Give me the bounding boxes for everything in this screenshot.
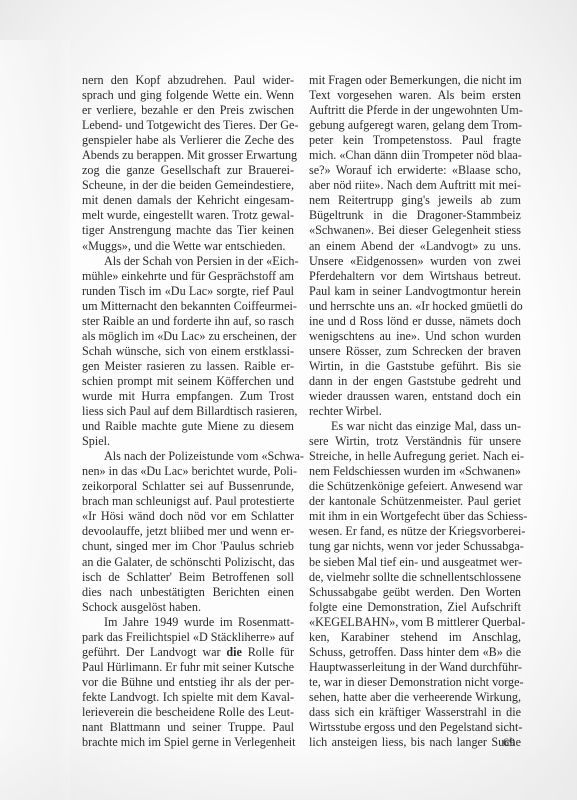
text-line: Wirtin, in die Gaststube geführt. Bis si…: [309, 359, 521, 374]
text-line: Im Jahre 1949 wurde im Rosenmatt-: [82, 615, 294, 630]
text-line: liess sich Paul auf dem Billardtisch ras…: [82, 404, 294, 419]
text-line: aber nöd riite». Nach dem Auftritt mit m…: [309, 178, 521, 193]
text-line: dann in der engen Gaststube gedreht und: [309, 374, 521, 389]
text-line: zeikorporal Schlatter sei auf Bussenrund…: [82, 479, 294, 494]
text-line: geführt. Der Landvogt war die Rolle für: [82, 645, 294, 660]
emphasis: die: [226, 645, 242, 659]
paragraph: Als der Schah von Persien in der «Eich-m…: [82, 254, 294, 450]
text-line: chunt, singed mer im Chor 'Paulus schrie…: [82, 539, 294, 554]
text-line: ine und d Ross lönd er dusse, nämets doc…: [309, 314, 521, 329]
text-line: schien prompt mit seinem Köfferchen und: [82, 374, 294, 389]
text-line: tung gar nichts, wenn vor jeder Schussab…: [309, 539, 521, 554]
text-line: ken, Karabiner stehend im Anschlag,: [309, 630, 521, 645]
text-line: Schock ausgelöst haben.: [82, 600, 294, 615]
text-line: nant Blattmann und seiner Truppe. Paul: [82, 720, 294, 735]
text-line: Schussabgabe geübt werden. Den Worten: [309, 585, 521, 600]
text-line: se?» Worauf ich erwiderte: «Blaase scho,: [309, 163, 521, 178]
text-line: er verliere, bezahle er den Preis zwisch…: [82, 103, 294, 118]
paragraph: Als nach der Polizeistunde vom «Schwa-ne…: [82, 449, 294, 615]
text-line: Lebend- und Totgewicht des Tieres. Der G…: [82, 118, 294, 133]
text-line: sere Wirtin, trotz Verständnis für unser…: [309, 434, 521, 449]
right-text-column: mit Fragen oder Bemerkungen, die nicht i…: [309, 73, 521, 750]
text-line: gen Meister rasieren zu lassen. Raible e…: [82, 359, 294, 374]
text-line: rechter Wirbel.: [309, 404, 521, 419]
text-line: dies nach unbestätigten Berichten einen: [82, 585, 294, 600]
text-line: an einem Abend der «Landvogt» zu uns.: [309, 239, 521, 254]
text-line: isch de Schlatter' Beim Betroffenen soll: [82, 570, 294, 585]
text-line: Schah wünsche, sich von einem erstklassi…: [82, 344, 294, 359]
text-line: die Schützenkönige gefeiert. Anwesend wa…: [309, 479, 521, 494]
text-line: Streiche, in helle Aufregung geriet. Nac…: [309, 449, 521, 464]
text-line: vor die Bühne und entstieg ihr als der p…: [82, 675, 294, 690]
text-line: gebung aufgeregt waren, gelang dem Trom-: [309, 118, 521, 133]
text-line: Bügeltrunk in die Dragoner-Stammbeiz: [309, 208, 521, 223]
text-line: te, war in dieser Demonstration nicht vo…: [309, 675, 521, 690]
text-line: brach man schleunigst auf. Paul protesti…: [82, 494, 294, 509]
text-line: nem Feldschiessen wurden im «Schwanen»: [309, 464, 521, 479]
text-line: und Raible machte gute Miene zu diesem: [82, 419, 294, 434]
text-line: lich ansteigen liess, bis nach langer Su…: [309, 735, 521, 750]
paragraph: Es war nicht das einzige Mal, dass un-se…: [309, 419, 521, 750]
text-line: «KEGELBAHN», vom B mittlerer Querbal-: [309, 615, 521, 630]
paragraph: Im Jahre 1949 wurde im Rosenmatt-park da…: [82, 615, 294, 750]
text-line: zog die ganze Gesellschaft zur Brauerei-: [82, 163, 294, 178]
text-line: Es war nicht das einzige Mal, dass un-: [309, 419, 521, 434]
text-line: de, vielmehr sollte die schnellentschlos…: [309, 570, 521, 585]
text-line: um Mitternacht den bekannten Coiffeurmei…: [82, 299, 294, 314]
text-line: mit Fragen oder Bemerkungen, die nicht i…: [309, 73, 521, 88]
text-line: lerieverein die bescheidene Rolle des Le…: [82, 705, 294, 720]
page-number: 69: [503, 735, 515, 750]
text-line: mit ihm in ein Wortgefecht über das Schi…: [309, 509, 521, 524]
text-line: park das Freilichtspiel «D Stäckliherre»…: [82, 630, 294, 645]
text-line: Paul Hürlimann. Er fuhr mit seiner Kutsc…: [82, 660, 294, 675]
text-line: wesen. Er fand, es nütze der Kriegsvorbe…: [309, 524, 521, 539]
text-line: mühle» einkehrte und für Gesprächstoff a…: [82, 269, 294, 284]
paragraph: mit Fragen oder Bemerkungen, die nicht i…: [309, 73, 521, 419]
text-line: Schuss, getroffen. Dass hinter dem «B» d…: [309, 645, 521, 660]
text-line: Abends zu berappen. Mit grosser Erwartun…: [82, 148, 294, 163]
text-line: «Schwanen». Bei dieser Gelegenheit sties…: [309, 223, 521, 238]
page-shadow-left: [0, 40, 70, 800]
paragraph: nern den Kopf abzudrehen. Paul wider-spr…: [82, 73, 294, 254]
text-line: Als nach der Polizeistunde vom «Schwa-: [82, 449, 294, 464]
text-line: fekte Landvogt. Ich spielte mit dem Kava…: [82, 690, 294, 705]
text-line: unsere Rösser, zum Schrecken der braven: [309, 344, 521, 359]
text-line: runden Tisch im «Du Lac» sorgte, rief Pa…: [82, 284, 294, 299]
text-line: wenigschtens au ine». Und schon wurden: [309, 329, 521, 344]
text-line: Paul kam in seiner Landvogtmontur herein: [309, 284, 521, 299]
text-line: genspieler habe als Verlierer die Zeche …: [82, 133, 294, 148]
text-line: wieder draussen waren, entstand doch ein: [309, 389, 521, 404]
text-line: nen» in das «Du Lac» berichtet wurde, Po…: [82, 464, 294, 479]
text-line: be sieben Mal tief ein- und ausgeatmet w…: [309, 555, 521, 570]
text-line: sehen, hatte aber die verheerende Wirkun…: [309, 690, 521, 705]
text-line: nern den Kopf abzudrehen. Paul wider-: [82, 73, 294, 88]
text-line: peter kein Trompetenstoss. Paul fragte: [309, 133, 521, 148]
text-line: als möglich im «Du Lac» zu erscheinen, d…: [82, 329, 294, 344]
text-line: Hauptwasserleitung in der Wand durchführ…: [309, 660, 521, 675]
text-line: dass sich ein kräftiger Wasserstrahl in …: [309, 705, 521, 720]
text-line: «Ir Hösi wänd doch nöd vor em Schlatter: [82, 509, 294, 524]
text-line: Text vorgesehen waren. Als beim ersten: [309, 88, 521, 103]
left-text-column: nern den Kopf abzudrehen. Paul wider-spr…: [82, 73, 294, 750]
text-line: und herrschte uns an. «Ir hocked gmüetli…: [309, 299, 521, 314]
text-line: der kantonale Schützenmeister. Paul geri…: [309, 494, 521, 509]
text-line: Scheune, in der die beiden Gemeindestier…: [82, 178, 294, 193]
text-line: nem Reitertrupp ging's jeweils ab zum: [309, 193, 521, 208]
text-line: wurde mit Hurra empfangen. Zum Trost: [82, 389, 294, 404]
text-line: devoolauffe, jetzt bliibed mer und wenn …: [82, 524, 294, 539]
text-line: Auftritt die Pferde in der ungewohnten U…: [309, 103, 521, 118]
text-line: brachte mich im Spiel gerne in Verlegenh…: [82, 735, 294, 750]
text-line: sprach und ging folgende Wette ein. Wenn: [82, 88, 294, 103]
text-line: an die Galater, de schönschti Polizischt…: [82, 555, 294, 570]
text-line: Pferdehaltern vor dem Wirtshaus betreut.: [309, 269, 521, 284]
text-line: melt wurde, eingestellt waren. Trotz gew…: [82, 208, 294, 223]
text-line: tiger Anstrengung machte das Tier keinen: [82, 223, 294, 238]
text-line: Unsere «Eidgenossen» wurden von zwei: [309, 254, 521, 269]
text-line: Als der Schah von Persien in der «Eich-: [82, 254, 294, 269]
text-line: Spiel.: [82, 434, 294, 449]
text-line: Wirtsstube ergoss und den Pegelstand sic…: [309, 720, 521, 735]
text-line: mit denen damals der Kehricht eingesam-: [82, 193, 294, 208]
text-line: folgte eine Demonstration, Ziel Aufschri…: [309, 600, 521, 615]
text-line: mich. «Chan dänn diin Trompeter nöd blaa…: [309, 148, 521, 163]
text-line: «Muggs», und die Wette war entschieden.: [82, 239, 294, 254]
book-page: nern den Kopf abzudrehen. Paul wider-spr…: [0, 0, 577, 800]
text-line: ster Raible an und forderte ihn auf, so …: [82, 314, 294, 329]
